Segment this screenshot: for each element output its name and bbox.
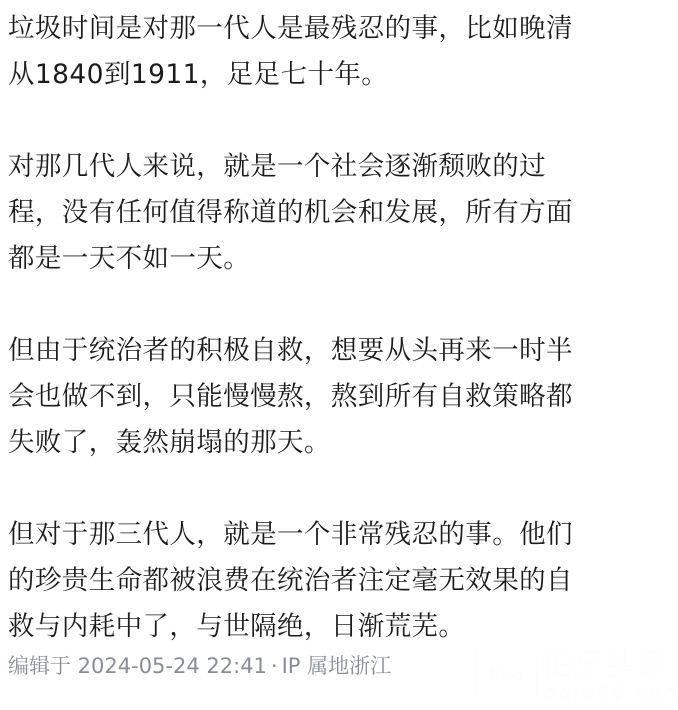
paragraph-1: 垃圾时间是对那一代人是最残忍的事，比如晚清 从1840到1911，足足七十年。	[8, 6, 668, 98]
text-line: 垃圾时间是对那一代人是最残忍的事，比如晚清	[8, 6, 668, 52]
ip-location: IP 属地浙江	[282, 654, 392, 678]
watermark-logo-text: Bolo	[489, 666, 523, 684]
text-line: 从1840到1911，足足七十年。	[8, 52, 668, 98]
watermark-title: 伯乐头条	[542, 640, 670, 684]
edited-timestamp: 编辑于 2024-05-24 22:41	[8, 654, 267, 678]
watermark-logo-icon: Bolo	[476, 644, 536, 706]
text-line: 但由于统治者的积极自救，想要从头再来一时半	[8, 328, 668, 374]
text-line: 程，没有任何值得称道的机会和发展，所有方面	[8, 190, 668, 236]
text-line: 但对于那三代人，就是一个非常残忍的事。他们	[8, 512, 668, 558]
paragraph-4: 但对于那三代人，就是一个非常残忍的事。他们 的珍贵生命都被浪费在统治者注定毫无效…	[8, 512, 668, 650]
paragraph-3: 但由于统治者的积极自救，想要从头再来一时半 会也做不到，只能慢慢熬，熬到所有自救…	[8, 328, 668, 466]
text-line: 失败了，轰然崩塌的那天。	[8, 420, 668, 466]
text-line: 对那几代人来说，就是一个社会逐渐颓败的过	[8, 144, 668, 190]
paragraph-2: 对那几代人来说，就是一个社会逐渐颓败的过 程，没有任何值得称道的机会和发展，所有…	[8, 144, 668, 282]
edit-metadata: 编辑于 2024-05-24 22:41·IP 属地浙江	[8, 650, 391, 682]
watermark: Bolo 伯乐头条 bole90.com	[474, 640, 678, 708]
text-line: 会也做不到，只能慢慢熬，熬到所有自救策略都	[8, 374, 668, 420]
answer-content: 垃圾时间是对那一代人是最残忍的事，比如晚清 从1840到1911，足足七十年。 …	[8, 6, 668, 696]
separator-dot: ·	[271, 654, 278, 678]
text-line: 都是一天不如一天。	[8, 236, 668, 282]
watermark-url: bole90.com	[544, 682, 678, 704]
text-line: 的珍贵生命都被浪费在统治者注定毫无效果的自	[8, 558, 668, 604]
